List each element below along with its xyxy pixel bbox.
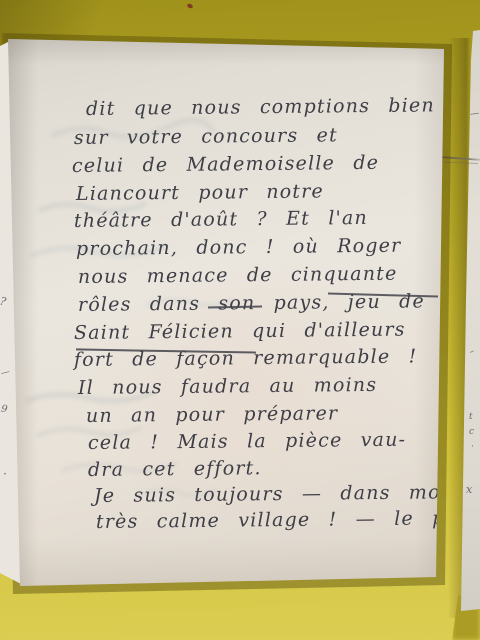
handwriting-line: prochain, donc ! où Roger <box>76 237 402 259</box>
handwriting-line: très calme village ! — le plus <box>96 509 477 532</box>
handwriting-line: celui de Mademoiselle de <box>72 154 379 176</box>
handwriting-line: un an pour préparer <box>86 404 338 426</box>
stray-ink-mark: t <box>469 413 473 422</box>
handwriting-line: dit que nous comptions bien <box>86 96 435 119</box>
handwriting-line: dra cet effort. <box>88 459 262 480</box>
handwritten-text: dit que nous comptions bien sur votre co… <box>0 0 480 640</box>
stray-ink-mark: 9 <box>0 405 8 416</box>
handwriting-line: théâtre d'août ? Et l'an <box>74 209 368 231</box>
photo-of-handwritten-letter: / – t c · x ? — 9 · dit que n <box>0 0 480 640</box>
handwriting-line: cela ! Mais la pièce vau- <box>88 431 406 453</box>
stray-ink-mark: · <box>471 443 474 452</box>
handwriting-line: Saint Félicien qui d'ailleurs <box>74 321 406 343</box>
handwriting-line: sur votre concours et <box>74 126 338 148</box>
handwriting-line: Je suis toujours — dans mon <box>94 483 454 506</box>
stray-ink-mark: c <box>469 428 474 437</box>
stray-ink-mark: x <box>466 484 472 495</box>
handwriting-line: nous menace de cinquante <box>78 265 398 287</box>
stray-ink-mark: · <box>3 468 7 480</box>
letter-page: dit que nous comptions bien sur votre co… <box>0 0 480 640</box>
handwriting-line: Il nous faudra au moins <box>78 376 377 398</box>
handwriting-line: Liancourt pour notre <box>76 182 324 204</box>
